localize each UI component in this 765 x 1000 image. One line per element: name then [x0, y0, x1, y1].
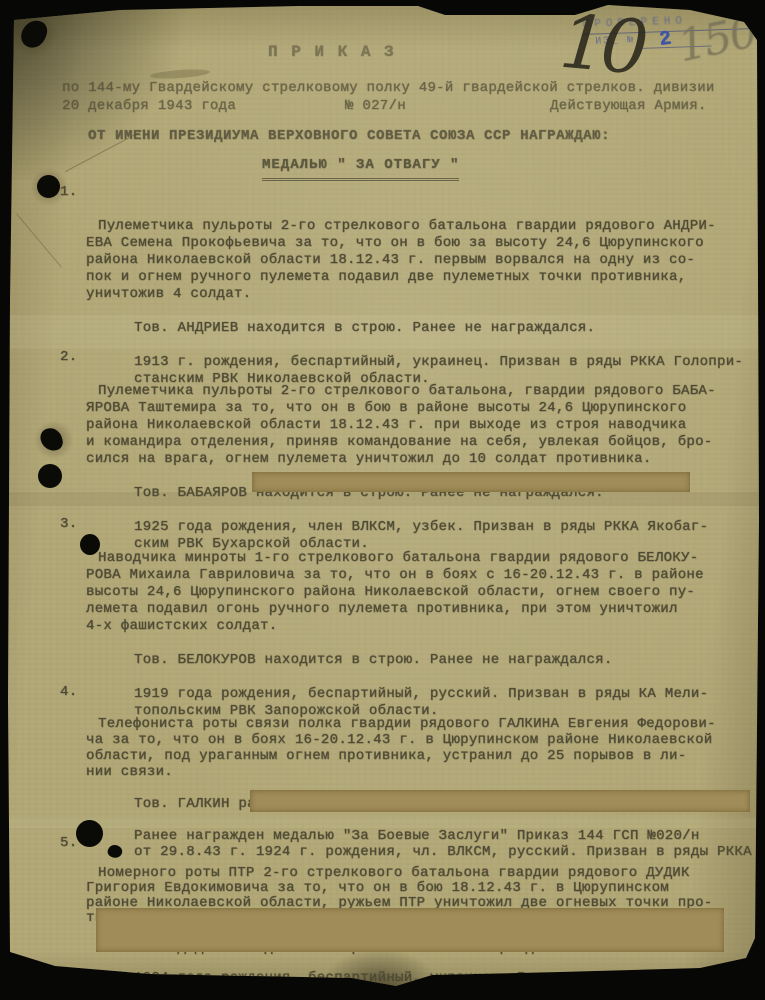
document-scan-paper: П Р И К А З по 144-му Гвардейскому стрел…	[0, 0, 765, 1000]
medal-name: МЕДАЛЬЮ " ЗА ОТВАГУ "	[262, 157, 459, 181]
punch-hole	[37, 175, 60, 198]
order-number: № 027/н	[345, 98, 406, 115]
order-location: Действующая Армия.	[550, 98, 707, 115]
redaction-bar	[250, 790, 750, 812]
entry-body: Наводчика минроты 1-го стрелкового батал…	[86, 550, 762, 635]
entry-number: 2.	[60, 349, 77, 366]
paper-smudge	[150, 68, 210, 80]
award-preamble: ОТ ИМЕНИ ПРЕЗИДИУМА ВЕРХОВНОГО СОВЕТА СО…	[88, 128, 610, 145]
entry-body: Пулеметчика пульроты 2-го стрелкового ба…	[86, 218, 762, 303]
entry-bio: 1924 года рождения, беспартийный, украин…	[134, 971, 762, 986]
entry-number: 3.	[60, 516, 77, 533]
entry-number: 5.	[60, 836, 77, 851]
entry-body: Телефониста роты связи полка гвардии ряд…	[86, 716, 762, 780]
entry-number: 4.	[60, 684, 77, 700]
order-date: 20 декабря 1943 года	[62, 98, 236, 115]
entry-number: 1.	[60, 184, 77, 201]
entry-body: Пулеметчика пульроты 2-го стрелкового ба…	[86, 383, 762, 468]
redaction-bar	[96, 908, 724, 952]
entry-status: Тов. АНДРИЕВ находится в строю. Ранее не…	[134, 320, 762, 337]
handwritten-page-number: 10	[556, 0, 645, 91]
punch-hole	[38, 464, 62, 488]
paper-crease	[16, 213, 62, 267]
entry-status: Тов. БЕЛОКУРОВ находится в строю. Ранее …	[134, 652, 762, 669]
redaction-bar	[252, 472, 690, 492]
order-title: П Р И К А З	[268, 44, 396, 61]
